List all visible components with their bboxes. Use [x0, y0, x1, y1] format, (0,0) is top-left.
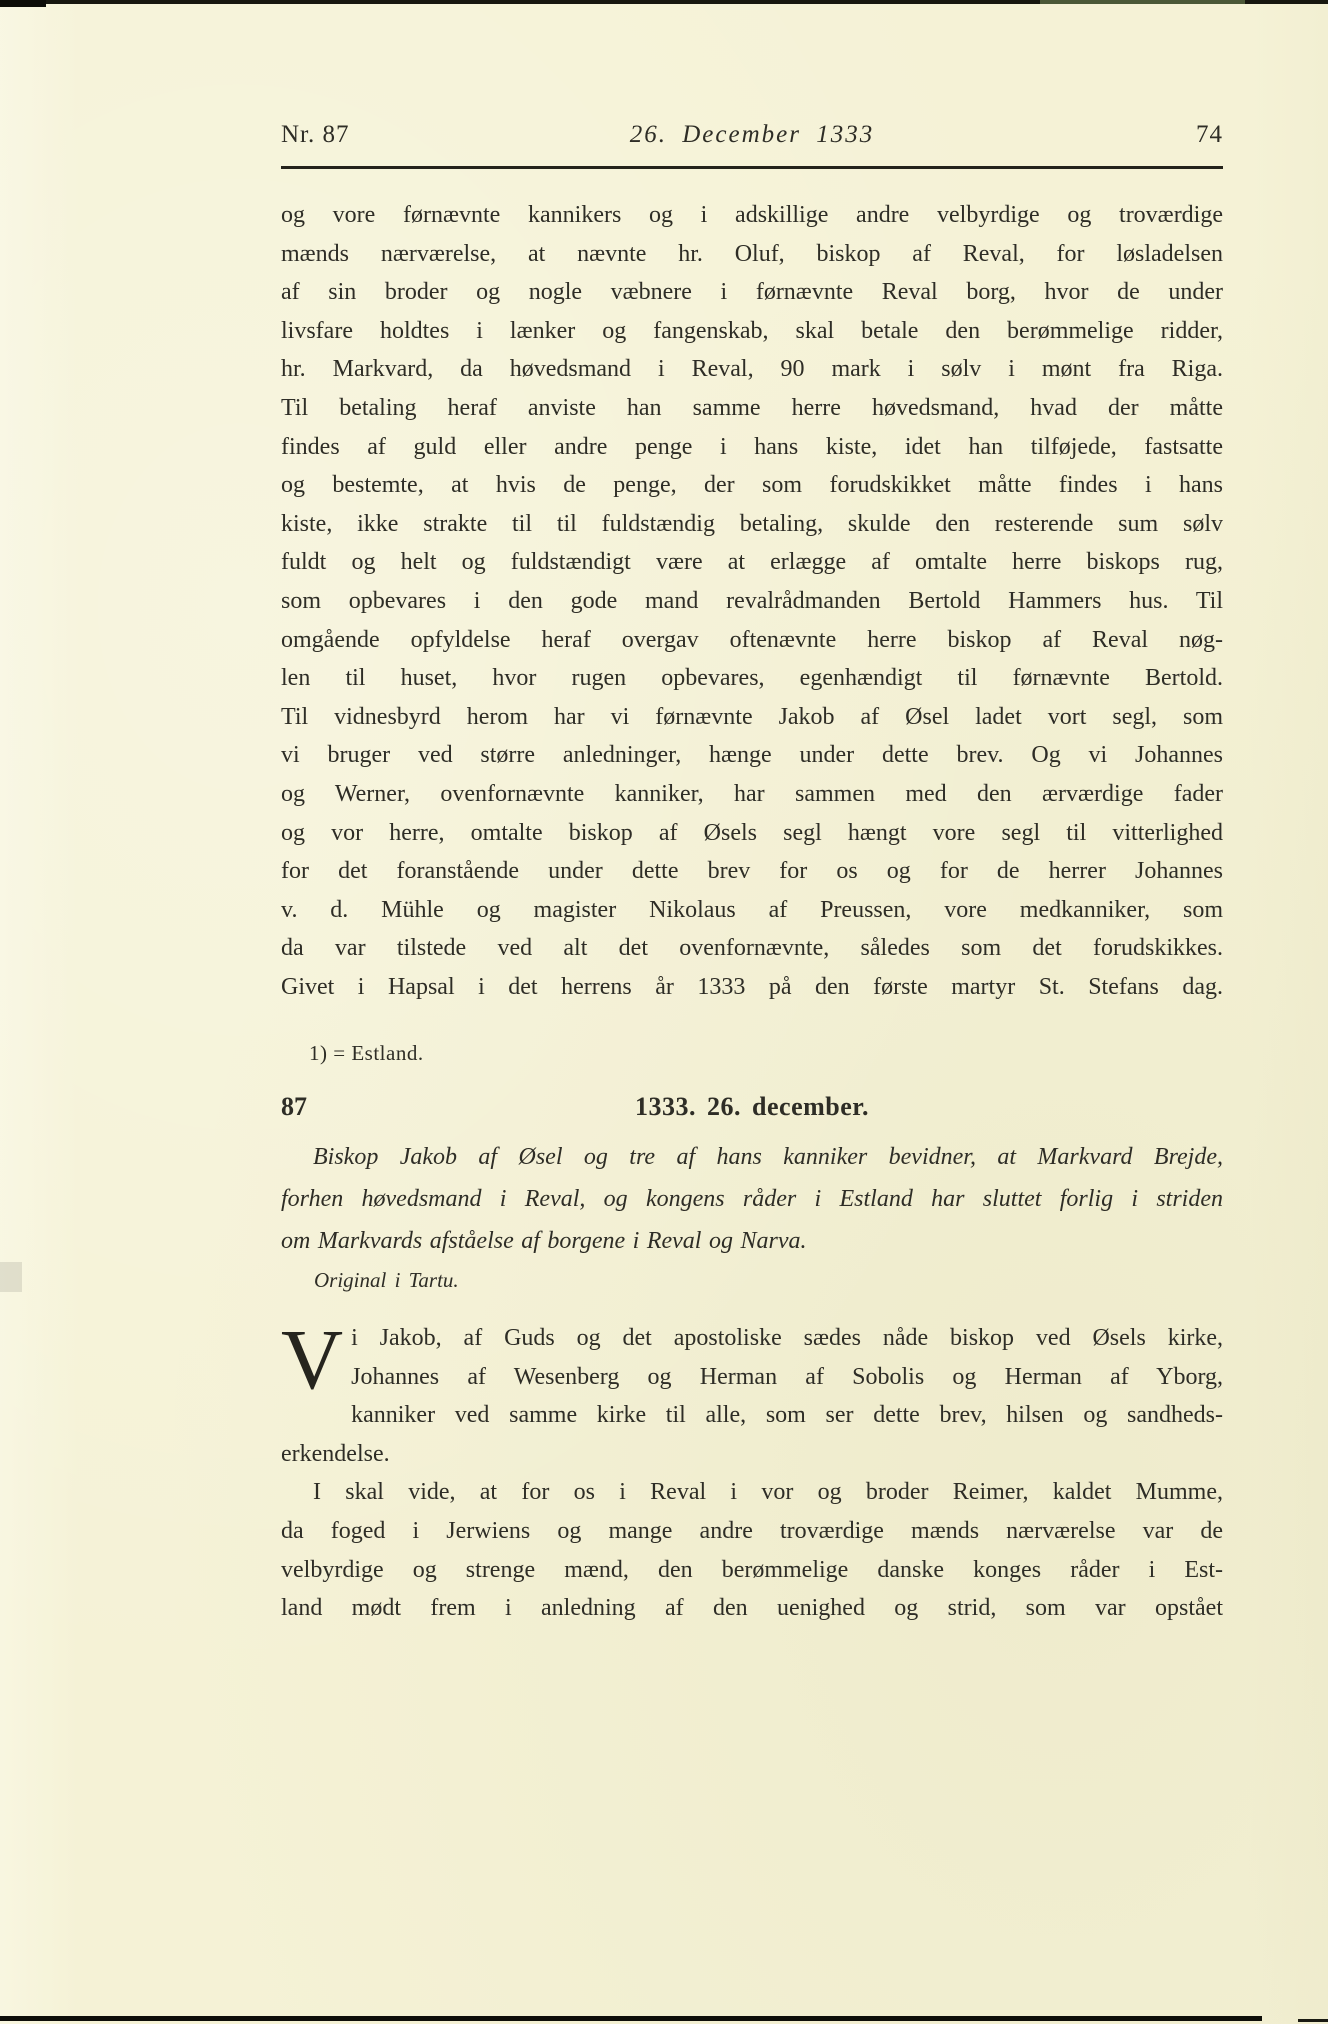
- text-line: af sin broder og nogle væbnere i førnævn…: [281, 273, 1223, 312]
- document-86-continuation: og vore førnævnte kannikers og i adskill…: [281, 196, 1223, 1006]
- scan-edge-bottom-right: [1298, 2019, 1328, 2022]
- text-line: hr. Markvard, da høvedsmand i Reval, 90 …: [281, 350, 1223, 389]
- text-line: om Markvards afståelse af borgene i Reva…: [281, 1220, 1223, 1262]
- text-line: I skal vide, at for os i Reval i vor og …: [281, 1473, 1223, 1512]
- text-line: Givet i Hapsal i det herrens år 1333 på …: [281, 968, 1223, 1007]
- scan-smudge: [0, 1262, 22, 1292]
- text-line: findes af guld eller andre penge i hans …: [281, 428, 1223, 467]
- text-line: for det foranstående under dette brev fo…: [281, 852, 1223, 891]
- entry-heading: 87 1333. 26. december.: [281, 1092, 1223, 1128]
- text-line: og Werner, ovenfornævnte kanniker, har s…: [281, 775, 1223, 814]
- text-line: forhen høvedsmand i Reval, og kongens rå…: [281, 1178, 1223, 1220]
- text-line: land mødt frem i anledning af den uenigh…: [281, 1589, 1223, 1628]
- scan-edge-bottom: [0, 2016, 1262, 2021]
- text-line: Til vidnesbyrd herom har vi førnævnte Ja…: [281, 698, 1223, 737]
- text-line: erkendelse.: [281, 1435, 1223, 1474]
- header-page-number: 74: [1196, 121, 1223, 149]
- text-line: og vore førnævnte kannikers og i adskill…: [281, 196, 1223, 235]
- text-line: kanniker ved samme kirke til alle, som s…: [281, 1396, 1223, 1435]
- text-line: kiste, ikke strakte til til fuldstændig …: [281, 505, 1223, 544]
- text-line: Johannes af Wesenberg og Herman af Sobol…: [281, 1358, 1223, 1397]
- book-page: Nr. 87 26. December 1333 74 og vore førn…: [0, 0, 1328, 2024]
- text-line: v. d. Mühle og magister Nikolaus af Preu…: [281, 891, 1223, 930]
- header-date: 26. December 1333: [281, 121, 1223, 149]
- text-line: da var tilstede ved alt det ovenfornævnt…: [281, 929, 1223, 968]
- scan-edge-top-notch: [0, 0, 46, 7]
- text-line: og bestemte, at hvis de penge, der som f…: [281, 466, 1223, 505]
- dropcap-initial: V: [281, 1319, 351, 1399]
- text-line: Biskop Jakob af Øsel og tre af hans kann…: [281, 1136, 1223, 1178]
- text-line: og vor herre, omtalte biskop af Øsels se…: [281, 814, 1223, 853]
- text-line: mænds nærværelse, at nævnte hr. Oluf, bi…: [281, 235, 1223, 274]
- scan-edge-top-green-segment: [1040, 0, 1245, 4]
- text-line: som opbevares i den gode mand revalrådma…: [281, 582, 1223, 621]
- text-line: Til betaling heraf anviste han samme her…: [281, 389, 1223, 428]
- text-line: vi bruger ved større anledninger, hænge …: [281, 736, 1223, 775]
- text-line: i Jakob, af Guds og det apostoliske sæde…: [281, 1319, 1223, 1358]
- entry-body: V i Jakob, af Guds og det apostoliske sæ…: [281, 1319, 1223, 1628]
- running-header: Nr. 87 26. December 1333 74: [281, 121, 1223, 157]
- text-line: livsfare holdtes i lænker og fangenskab,…: [281, 312, 1223, 351]
- text-line: omgående opfyldelse heraf overgav oftenæ…: [281, 621, 1223, 660]
- entry-date-heading: 1333. 26. december.: [281, 1092, 1223, 1122]
- text-line: velbyrdige og strenge mænd, den berømmel…: [281, 1551, 1223, 1590]
- header-rule: [281, 166, 1223, 169]
- text-line: fuldt og helt og fuldstændigt være at er…: [281, 543, 1223, 582]
- text-line: da foged i Jerwiens og mange andre trovæ…: [281, 1512, 1223, 1551]
- text-line: len til huset, hvor rugen opbevares, ege…: [281, 659, 1223, 698]
- footnote-estland: 1) = Estland.: [309, 1041, 424, 1066]
- source-note: Original i Tartu.: [314, 1268, 459, 1293]
- entry-summary: Biskop Jakob af Øsel og tre af hans kann…: [281, 1136, 1223, 1262]
